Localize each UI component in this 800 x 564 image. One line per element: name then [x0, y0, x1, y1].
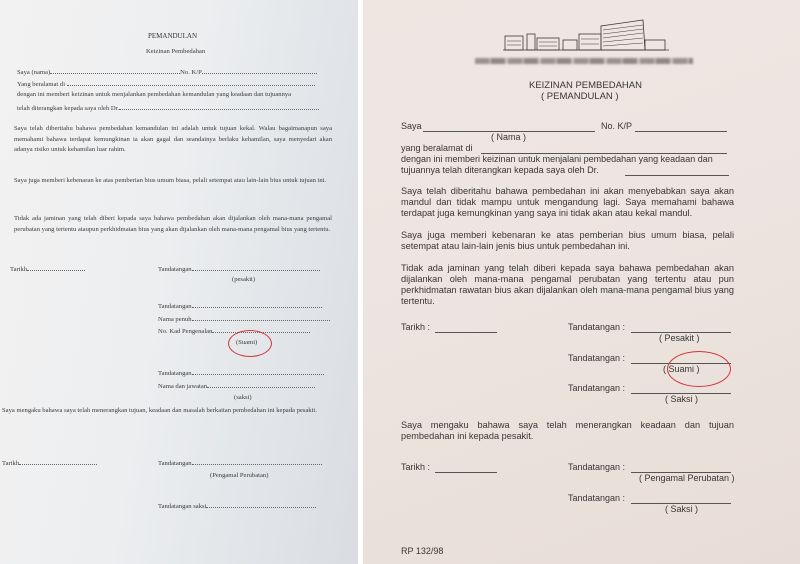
date-input-line[interactable] — [435, 332, 497, 333]
doctor-date-label: Tarikh : — [401, 462, 430, 472]
husband-signature-field[interactable]: Tandatangan — [158, 300, 322, 310]
doctor-witness-signature-field[interactable]: Tandatangan saksi — [158, 500, 316, 510]
ic-input-line[interactable] — [635, 131, 727, 132]
doctor-field[interactable]: telah diterangkan kepada saya oleh Dr. — [17, 102, 319, 112]
form-subtitle: Keizinan Pembedahan — [146, 48, 205, 55]
patient-signature-field[interactable]: Tandatangan — [158, 263, 320, 273]
witness-signature-field[interactable]: Tandatangan — [158, 367, 324, 377]
doctor-declaration: Saya mengaku bahawa saya telah menerangk… — [401, 420, 734, 442]
ic-label: No. K/P — [601, 121, 632, 131]
highlight-circle — [228, 330, 272, 357]
paragraph-no-guarantee: Tidak ada jaminan yang telah diberi kepa… — [14, 214, 332, 235]
doctor-role-label: ( Pengamal Perubatan ) — [639, 473, 735, 483]
witness-role-label: (saksi) — [234, 394, 252, 401]
name-prefix: Saya — [401, 121, 422, 131]
doctor-signature-label: Tandatangan : — [568, 462, 625, 472]
doctor-date-field[interactable]: Tarikh — [2, 457, 97, 467]
paragraph-anaesthesia: Saya juga memberi kebenaran ke atas pemb… — [401, 230, 734, 252]
husband-signature-label: Tandatangan : — [568, 353, 625, 363]
doctor-date-line[interactable] — [435, 472, 497, 473]
witness-role-label: ( Saksi ) — [665, 394, 698, 404]
highlight-circle — [667, 351, 731, 387]
witness-signature-label: Tandatangan : — [568, 383, 625, 393]
form-code: RP 132/98 — [401, 546, 443, 556]
name-field[interactable]: Saya (nama)No. K/P — [17, 66, 317, 76]
address-field[interactable]: Yang beralamat di — [17, 78, 315, 88]
paragraph-anaesthesia: Saya juga memberi kebenaran ke atas pemb… — [14, 176, 332, 187]
form-title: PEMANDULAN — [148, 32, 197, 40]
doctor-declaration: Saya mengaku bahawa saya telah menerangk… — [2, 406, 338, 417]
paragraph-no-guarantee: Tidak ada jaminan yang telah diberi kepa… — [401, 263, 734, 307]
paragraph-permanence: Saya telah diberitahu bahawa pembedahan … — [14, 124, 332, 156]
blurred-hospital-name — [475, 58, 693, 64]
consent-line-1: dengan ini memberi keizinan untuk menjal… — [401, 154, 713, 164]
form-title: KEIZINAN PEMBEDAHAN — [529, 80, 642, 91]
witness-name-field[interactable]: Nama dan jawatan — [158, 380, 315, 390]
patient-signature-label: Tandatangan : — [568, 322, 625, 332]
date-label: Tarikh : — [401, 322, 430, 332]
hospital-logo-icon — [503, 14, 669, 54]
husband-full-name-field[interactable]: Nama penuh — [158, 313, 330, 323]
doctor-role-label: (Pengamal Perubatan) — [210, 472, 268, 479]
address-label: yang beralamat di — [401, 143, 473, 153]
consent-text: dengan ini memberi keizinan untuk menjal… — [17, 91, 291, 98]
doctor-witness-role-label: ( Saksi ) — [665, 504, 698, 514]
patient-role-label: (pesakit) — [232, 276, 255, 283]
consent-line-2: tujuannya telah diterangkan kepada saya … — [401, 165, 599, 175]
doctor-witness-signature-label: Tandatangan : — [568, 493, 625, 503]
doctor-input-line[interactable] — [625, 175, 729, 176]
patient-role-label: ( Pesakit ) — [659, 333, 700, 343]
form-subtitle: ( PEMANDULAN ) — [541, 91, 619, 102]
paragraph-permanence: Saya telah diberitahu bahawa pembedahan … — [401, 186, 734, 219]
name-caption: ( Nama ) — [491, 132, 526, 142]
right-consent-form: KEIZINAN PEMBEDAHAN ( PEMANDULAN ) Saya … — [363, 0, 800, 564]
left-consent-form: PEMANDULAN Keizinan Pembedahan Saya (nam… — [0, 0, 358, 564]
doctor-signature-field[interactable]: Tandatangan — [158, 457, 322, 467]
date-field[interactable]: Tarikh — [10, 263, 85, 273]
